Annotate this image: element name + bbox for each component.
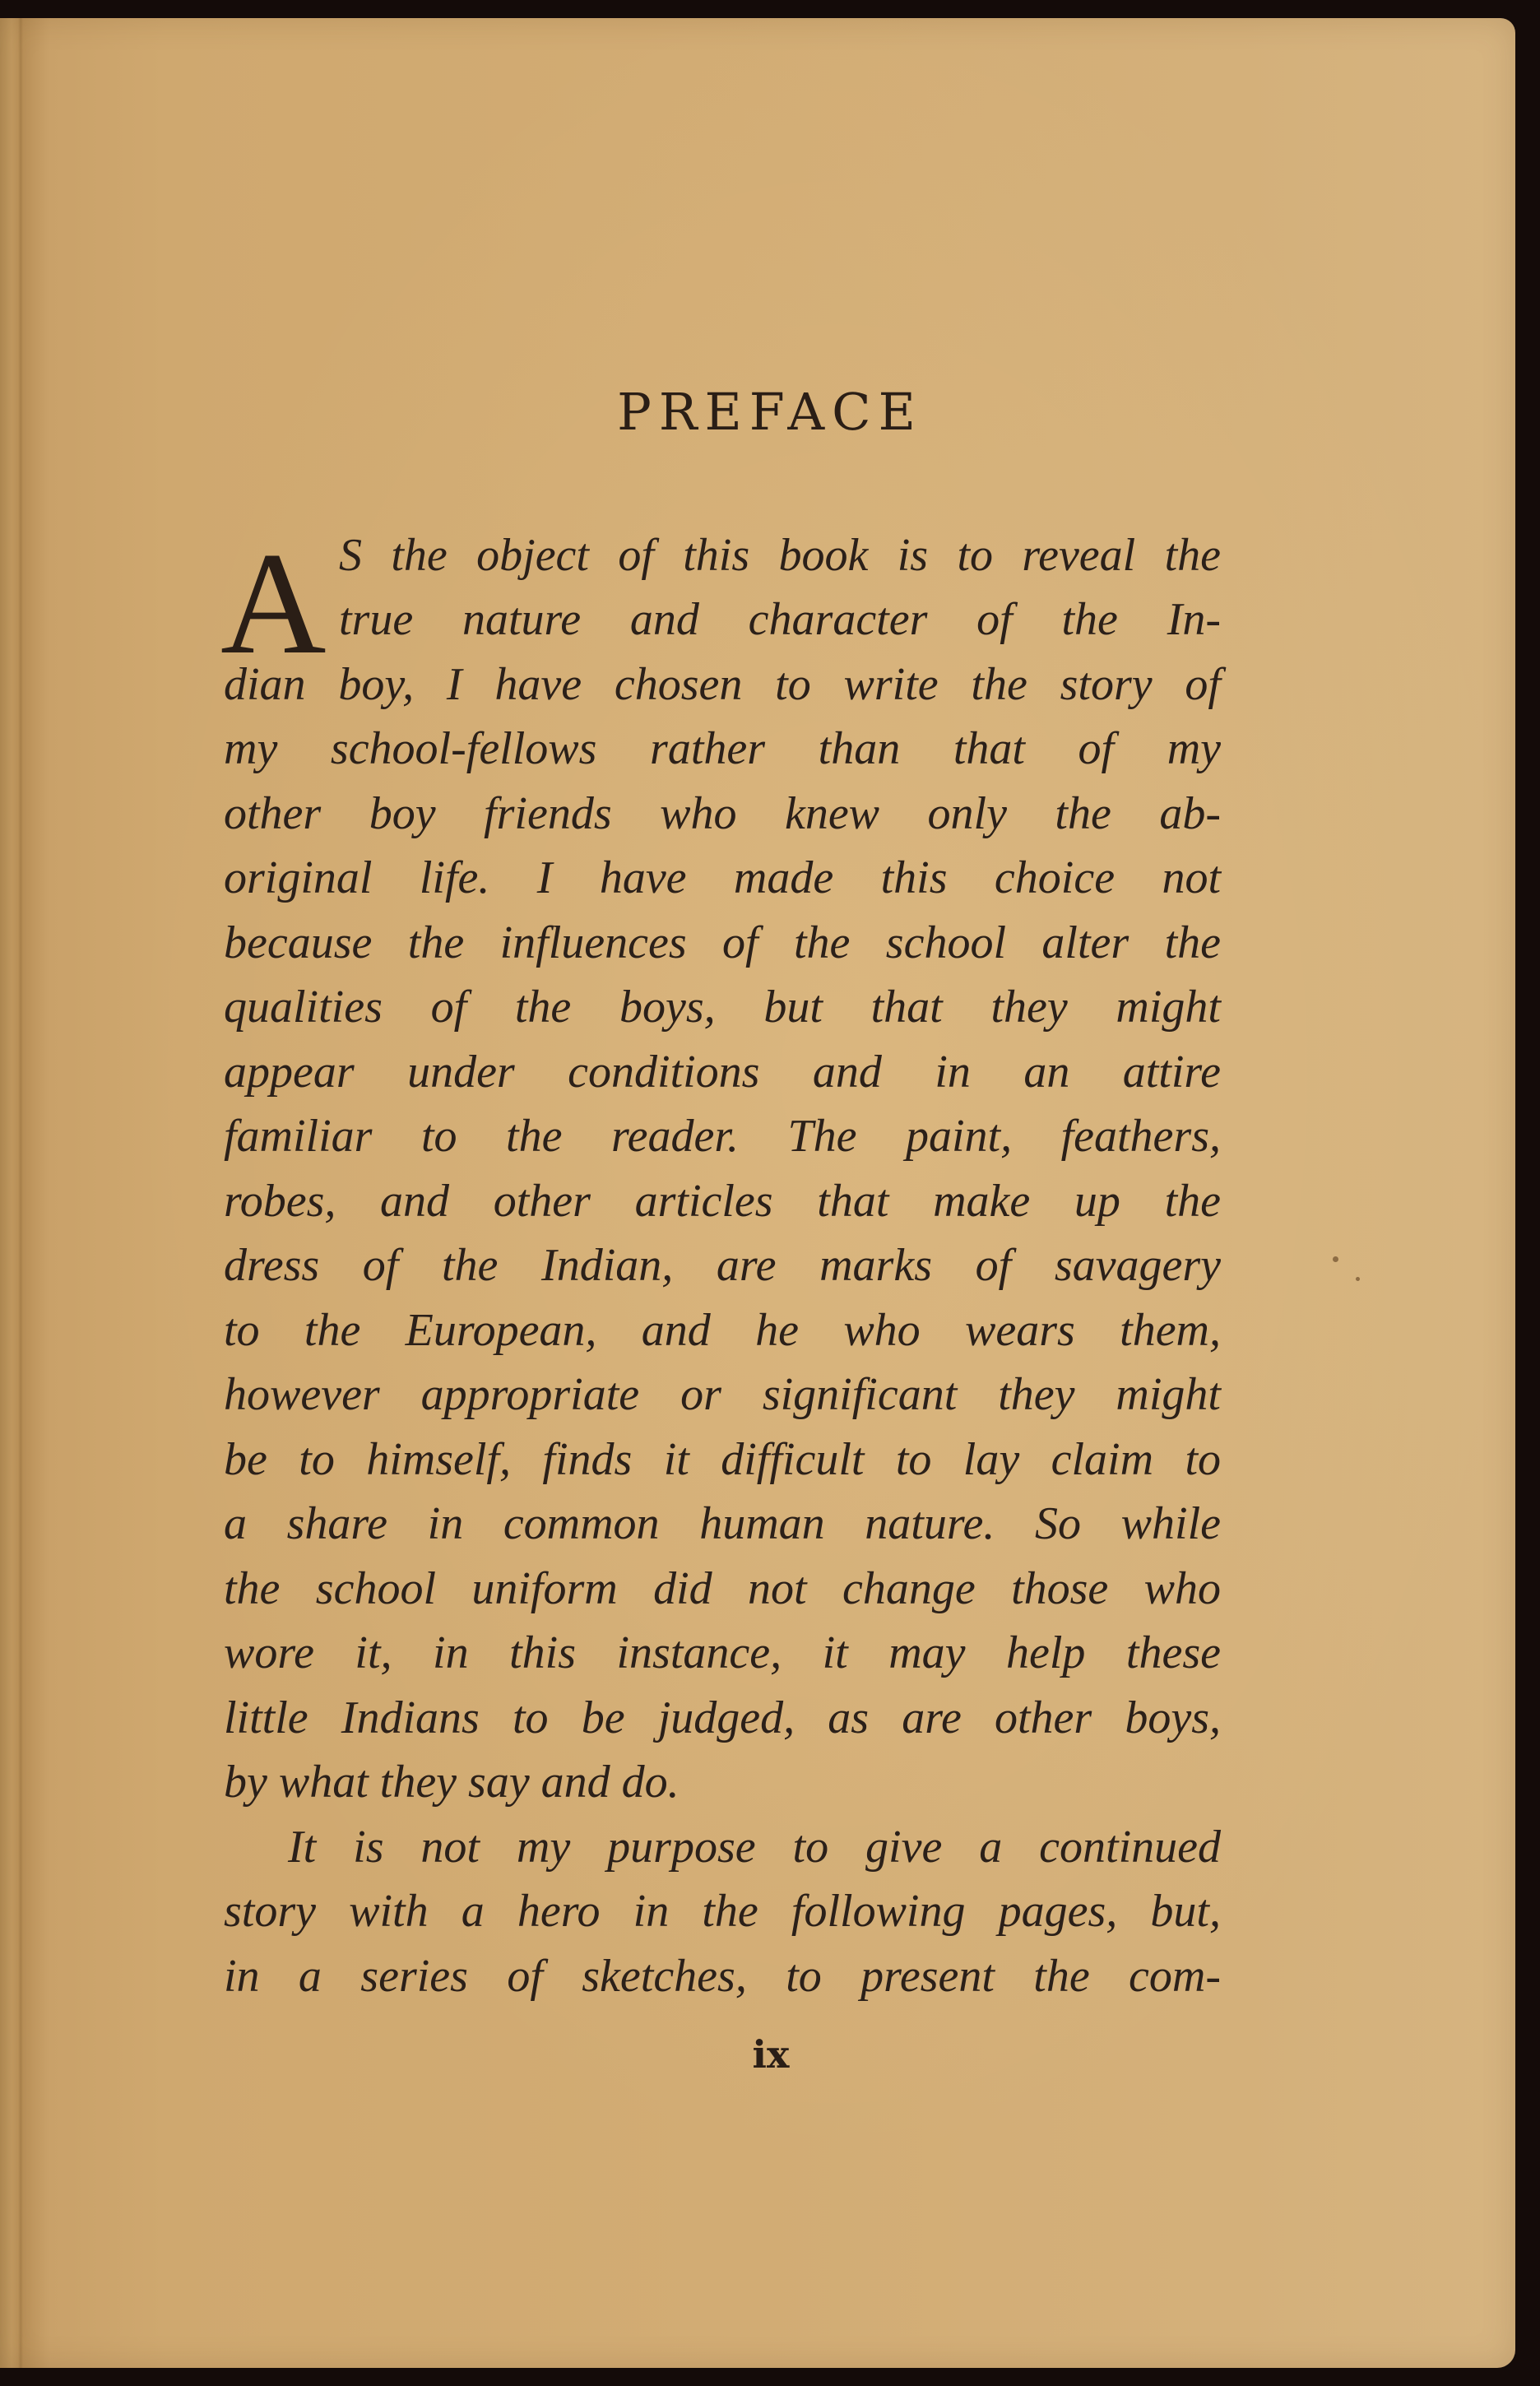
text-line: by what they say and do. [224,1749,1221,1815]
scanned-book-page: PREFACE A S the object of this book is t… [0,0,1540,2386]
paper-page: PREFACE A S the object of this book is t… [0,18,1515,2368]
text-line: wore it, in this instance, it may help t… [224,1620,1221,1686]
paper-speck [1333,1256,1338,1262]
text-line: be to himself, finds it difficult to lay… [224,1427,1221,1492]
text-line: dian boy, I have chosen to write the sto… [224,652,1221,717]
text-line: however appropriate or significant they … [224,1362,1221,1427]
page-number: ix [0,2032,1515,2077]
text-line: qualities of the boys, but that they mig… [224,974,1221,1040]
gutter-shadow [18,18,23,2368]
text-line: dress of the Indian, are marks of savage… [224,1232,1221,1298]
text-line: other boy friends who knew only the ab- [224,781,1221,847]
text-line: robes, and other articles that make up t… [224,1168,1221,1234]
text-line: appear under conditions and in an attire [224,1039,1221,1105]
text-line: to the European, and he who wears them, [224,1297,1221,1363]
text-line: It is not my purpose to give a continued [288,1814,1221,1880]
text-line: original life. I have made this choice n… [224,845,1221,911]
text-line: my school-fellows rather than that of my [224,716,1221,782]
page-title: PREFACE [0,382,1515,442]
text-line: in a series of sketches, to present the … [224,1943,1221,2009]
text-line: story with a hero in the following pages… [224,1878,1221,1944]
text-line: familiar to the reader. The paint, feath… [224,1103,1221,1169]
text-line: true nature and character of the In- [339,587,1221,652]
paper-speck [1356,1277,1360,1281]
text-line: little Indians to be judged, as are othe… [224,1685,1221,1751]
text-line: the school uniform did not change those … [224,1556,1221,1622]
text-line: a share in common human nature. So while [224,1491,1221,1557]
text-line: S the object of this book is to reveal t… [339,522,1221,588]
text-line: because the influences of the school alt… [224,910,1221,976]
